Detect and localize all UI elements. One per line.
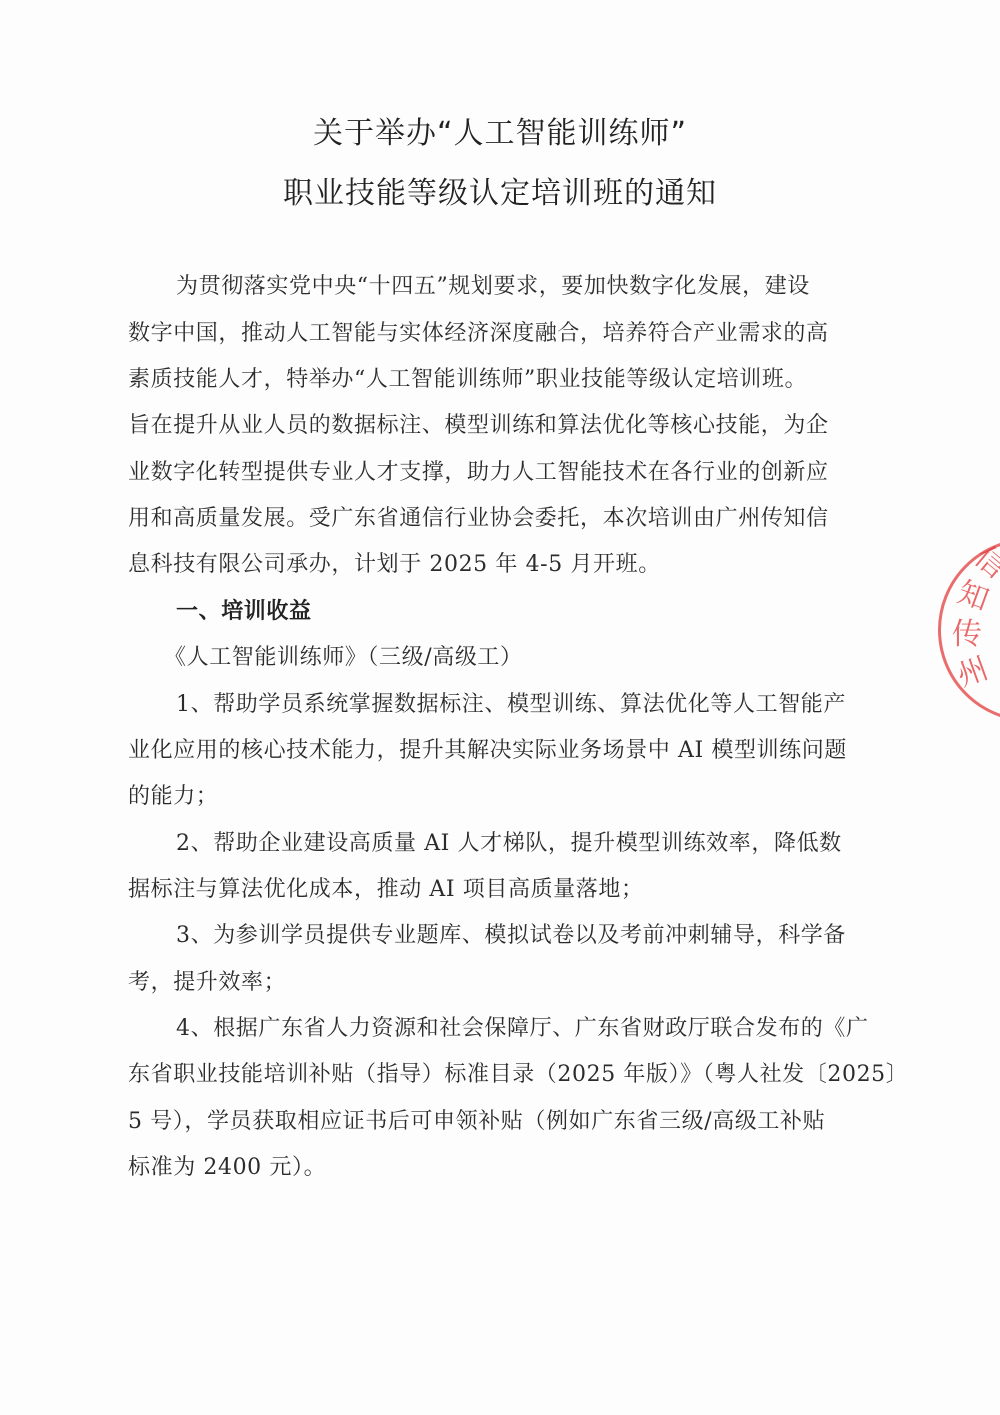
seal-char-4: 信 — [969, 542, 1000, 584]
intro-line-2: 数字中国，推动人工智能与实体经济深度融合，培养符合产业需求的高 — [128, 319, 874, 349]
benefit-1-line-1: 1、帮助学员系统掌握数据标注、模型训练、算法优化等人工智能产 — [176, 690, 874, 720]
course-name: 《人工智能训练师》（三级/高级工） — [164, 643, 910, 673]
seal-char-3: 知 — [954, 578, 992, 616]
seal-char-2: 传 — [952, 620, 982, 650]
benefit-2-line-2: 据标注与算法优化成本，推动 AI 项目高质量落地； — [128, 875, 874, 905]
benefit-4-line-2: 东省职业技能培训补贴（指导）标准目录（2025 年版）》（粤人社发〔2025〕 — [128, 1060, 874, 1090]
benefit-2-line-1: 2、帮助企业建设高质量 AI 人才梯队，提升模型训练效率，降低数 — [176, 829, 874, 859]
intro-line-6: 用和高质量发展。受广东省通信行业协会委托，本次培训由广州传知信 — [128, 504, 874, 534]
intro-line-7: 息科技有限公司承办，计划于 2025 年 4-5 月开班。 — [128, 550, 874, 580]
document-title-line-2: 职业技能等级认定培训班的通知 — [0, 168, 1000, 212]
company-seal — [938, 538, 1000, 722]
intro-line-3: 素质技能人才，特举办“人工智能训练师”职业技能等级认定培训班。 — [128, 365, 874, 395]
seal-char-1: 州 — [954, 654, 992, 692]
benefit-3-line-2: 考，提升效率； — [128, 968, 874, 998]
benefit-1-line-3: 的能力； — [128, 782, 874, 812]
benefit-4-line-3: 5 号），学员获取相应证书后可申领补贴（例如广东省三级/高级工补贴 — [128, 1107, 874, 1137]
benefit-1-line-2: 业化应用的核心技术能力，提升其解决实际业务场景中 AI 模型训练问题 — [128, 736, 874, 766]
document-title-line-1: 关于举办“人工智能训练师” — [0, 108, 1000, 152]
benefit-4-line-1: 4、根据广东省人力资源和社会保障厅、广东省财政厅联合发布的《广 — [176, 1014, 874, 1044]
document-page: 关于举办“人工智能训练师” 职业技能等级认定培训班的通知 为贯彻落实党中央“十四… — [0, 0, 1000, 1415]
intro-line-1: 为贯彻落实党中央“十四五”规划要求，要加快数字化发展，建设 — [176, 272, 874, 302]
intro-line-4: 旨在提升从业人员的数据标注、模型训练和算法优化等核心技能，为企 — [128, 411, 874, 441]
benefit-3-line-1: 3、为参训学员提供专业题库、模拟试卷以及考前冲刺辅导，科学备 — [176, 921, 874, 951]
intro-line-5: 业数字化转型提供专业人才支撑，助力人工智能技术在各行业的创新应 — [128, 458, 874, 488]
benefit-4-line-4: 标准为 2400 元）。 — [128, 1153, 874, 1183]
section-heading-benefits: 一、培训收益 — [176, 597, 874, 627]
